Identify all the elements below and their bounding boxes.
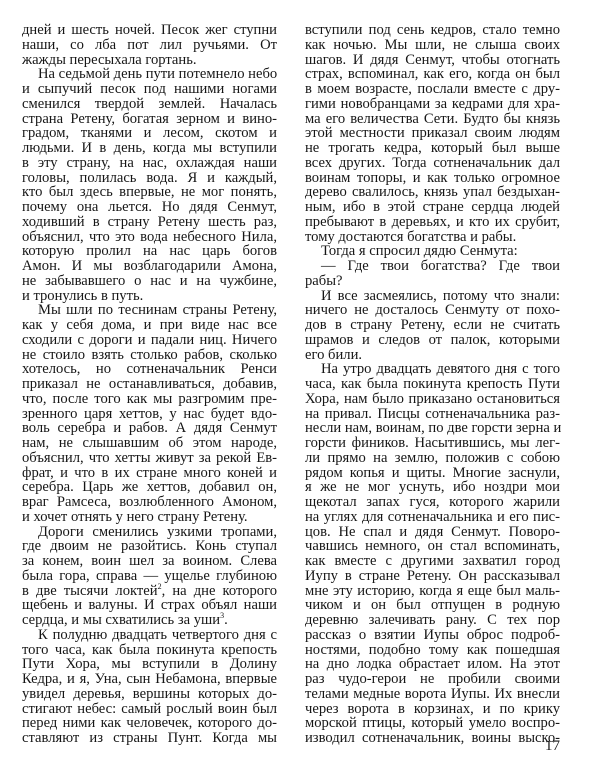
line-text: цов. Не спал и дядя Сенмут. Поворо- [305,524,560,540]
line-text: воинам топоры, и как только огромное [305,170,560,186]
text-line: стигают небес: самый рослый воин был [22,702,277,717]
line-text: мне эту историю, когда я еще был маль- [305,583,560,599]
line-text: И все засмеялись, потому что знали: [321,288,560,304]
line-text: в две тысячи локтей [22,583,158,599]
text-line: сменился твердой землей. Началась [22,97,277,112]
text-line: объяснил, что это вода небесного Нила, [22,230,277,245]
line-text: гими новобранцами за кедрами для хра- [305,96,560,112]
line-text: всех других. Тогда сотненачальник дал [305,155,560,171]
line-text: не забывавшего о нас и на чужбине, [22,273,277,289]
line-text: как ночью. Мы шли, не слыша своих [305,37,560,53]
text-line: не стоило взять столько рабов, сколько [22,348,277,363]
line-text: головы, полилась вода. Я и каждый, [22,170,277,186]
line-text: дней и шесть ночей. Песок жег ступни [22,22,277,38]
text-line: часа, как была покинута крепость Пути [305,377,560,392]
line-text: и сыпучий песок под нашими ногами [22,81,277,97]
line-text: сердца, и мы схватились за уши [22,612,220,628]
line-text: на привал. Писцы сотненачальника раз- [305,406,560,422]
text-line: Иупу в стране Ретену. Он рассказывал [305,569,560,584]
line-text: что, после того как мы разгромим пре- [22,391,277,407]
text-line: за конем, воин шел за воином. Слева [22,554,277,569]
line-text: Хора, нам было приказано остановиться [305,391,560,407]
line-text: его били. [305,347,362,363]
text-line: которую пролил на нас царь богов [22,244,277,259]
line-text: в моем возрасте, послали вместе с дру- [305,81,560,97]
text-line: Амон. И мы возблагодарили Амона, [22,259,277,274]
text-line: ничего не досталось Сенмуту от похо- [305,303,560,318]
line-text: была гора, справа — ущелье глубиною [22,568,277,584]
text-line: Дороги сменились узкими тропами, [22,525,277,540]
line-text: за конем, воин шел за воином. Слева [22,553,277,569]
text-line: морской птицы, который умело воспро- [305,716,560,731]
line-text: того часа, как была покинута крепость [22,642,277,658]
line-text: деревню залечивать рану. С тех пор [305,612,560,628]
line-text: страна Ретену, богатая зерном и вино- [22,111,277,127]
line-text: градом, тканями и лесом, скотом и [22,125,277,141]
text-line: чиком и он был отпущен в родную [305,598,560,613]
line-text: ходивший в страну Ретену шесть раз, [22,214,277,230]
text-line: воинам топоры, и как только огромное [305,171,560,186]
text-line: почему она льется. Но дядя Сенмут, [22,200,277,215]
text-column-left: дней и шесть ночей. Песок жег ступнинаши… [22,23,277,746]
text-line: рабы? [305,274,560,289]
text-line: щекотал запах гуся, которого жарили [305,495,560,510]
line-text: На утро двадцать девятого дня с того [321,361,560,377]
text-line: в моем возрасте, послали вместе с дру- [305,82,560,97]
text-line: в две тысячи локтей2, на дне которого [22,584,277,599]
line-text: серебра. Царь же хеттов, добавил он, [22,479,277,495]
line-text: этой местности приказал своим людям [305,125,560,141]
line-text: Дороги сменились узкими тропами, [38,524,277,540]
text-line: в эту страну, на нас, охлаждая наши [22,156,277,171]
text-line: этой местности приказал своим людям [305,126,560,141]
line-text: почему она льется. Но дядя Сенмут, [22,199,277,215]
text-line: его били. [305,348,560,363]
text-line: пребывают в деревьях, и кто их срубит, [305,215,560,230]
text-line: увидел деревья, вершины которых до- [22,687,277,702]
text-line: воль серебра и рабов. А дядя Сенмут [22,421,277,436]
text-line: жажды пересыхала гортань. [22,53,277,68]
text-line: цов. Не спал и дядя Сенмут. Поворо- [305,525,560,540]
text-line: не трогать кедра, который был выше [305,141,560,156]
text-line: наши, со лба пот лил ручьями. От [22,38,277,53]
line-text: рассказ о взятии Иупы оброс подроб- [305,627,560,643]
line-text: не стоило взять столько рабов, сколько [22,347,277,363]
line-text: рабы? [305,273,342,289]
text-line: сердца, и мы схватились за уши3. [22,613,277,628]
line-text: Тогда я спросил дядю Сенмута: [321,243,518,259]
line-text: враг Рамсеса, возлюбленного Амоном, [22,494,277,510]
text-line: через ворота в корзинах, и по крику [305,702,560,717]
line-text: не трогать кедра, который был выше [305,140,560,156]
line-text: на дно лодка обрастает илом. На этот [305,656,560,672]
line-text: ма его величества Сети. Будто бы князь [305,111,560,127]
page-number: 17 [540,738,560,755]
text-line: объяснил, что хетты живут за рекой Ев- [22,451,277,466]
text-line: дов в страну Ретену, если не считать [305,318,560,333]
line-text: где двоим не разойтись. Конь ступал [22,538,277,554]
line-text: рядом копья и щиты. Многие заснули, [305,465,560,481]
line-text: вступили под сень кедров, стало темно [305,22,560,38]
line-text: чавшись немного, он стал вспоминать, [305,538,560,554]
line-text: Амон. И мы возблагодарили Амона, [22,258,277,274]
line-text: приказал не останавливаться, добавив, [22,376,277,392]
text-line: изводил сотненачальник, воины выско- [305,731,560,746]
text-line: где двоим не разойтись. Конь ступал [22,539,277,554]
text-line: сходили с дороги и падали ниц. Ничего [22,333,277,348]
line-text: раз чудо-герои не пробили своими [305,671,560,687]
text-line: деревню залечивать рану. С тех пор [305,613,560,628]
line-text: которую пролил на нас царь богов [22,243,277,259]
text-line: что, после того как мы разгромим пре- [22,392,277,407]
text-line: дерево свалилось, князь упал бездыхан- [305,185,560,200]
text-line: головы, полилась вода. Я и каждый, [22,171,277,186]
text-line: была гора, справа — ущелье глубиною [22,569,277,584]
line-text: как вместе с другими захватил город [305,553,560,569]
line-text: стигают небес: самый рослый воин был [22,701,277,717]
line-text: увидел деревья, вершины которых до- [22,686,277,702]
text-line: хотелось, но сотненачальник Ренси [22,362,277,377]
text-line: людьми. И в день, когда мы вступили [22,141,277,156]
line-text: жажды пересыхала гортань. [22,52,197,68]
text-column-right: вступили под сень кедров, стало темнокак… [305,23,560,746]
line-text: телами медные ворота Иупы. Их внесли [305,686,560,702]
line-text: часа, как была покинута крепость Пути [305,376,560,392]
text-line: телами медные ворота Иупы. Их внесли [305,687,560,702]
text-line: на дно лодка обрастает илом. На этот [305,657,560,672]
line-text: и хочет отнять у него страну Ретену. [22,509,248,525]
line-text: на углях для сотненачальника и его пис- [305,509,560,525]
line-text: чиком и он был отпущен в родную [305,597,560,613]
text-line: на привал. Писцы сотненачальника раз- [305,407,560,422]
text-line: фрат, и что в их стране много коней и [22,466,277,481]
line-text: На седьмой день пути потемнело небо [38,66,277,82]
book-page: дней и шесть ночей. Песок жег ступнинаши… [0,0,600,782]
line-text: Иупу в стране Ретену. Он рассказывал [305,568,560,584]
text-line: серебра. Царь же хеттов, добавил он, [22,480,277,495]
text-line: Мы шли по теснинам страны Ретену, [22,303,277,318]
line-text: дов в страну Ретену, если не считать [305,317,560,333]
text-line: шрамов и следов от палок, которыми [305,333,560,348]
text-line: Тогда я спросил дядю Сенмута: [305,244,560,259]
line-text: наши, со лба пот лил ручьями. От [22,37,277,53]
line-text: зренного царя хеттов, у нас будет вдо- [22,406,277,422]
text-line: чавшись немного, он стал вспоминать, [305,539,560,554]
line-text: щебень и валуны. И страх объял наши [22,597,277,613]
text-line: как у себя дома, и при виде нас все [22,318,277,333]
text-line: зренного царя хеттов, у нас будет вдо- [22,407,277,422]
line-text: людьми. И в день, когда мы вступили [22,140,277,156]
text-line: горсти фиников. Насытившись, мы лег- [305,436,560,451]
line-text: изводил сотненачальник, воины выско- [305,730,560,746]
text-line: ставляют из страны Пунт. Когда мы [22,731,277,746]
text-line: и сыпучий песок под нашими ногами [22,82,277,97]
text-line: страна Ретену, богатая зерном и вино- [22,112,277,127]
line-text: дерево свалилось, князь упал бездыхан- [305,184,560,200]
text-line: ма его величества Сети. Будто бы князь [305,112,560,127]
text-line: ходивший в страну Ретену шесть раз, [22,215,277,230]
line-text: шагов. И дядя Сенмут, чтобы отогнать [305,52,560,68]
text-line: Пути Хора, мы вступили в Долину [22,657,277,672]
text-line: как вместе с другими захватил город [305,554,560,569]
text-line: приказал не останавливаться, добавив, [22,377,277,392]
text-line: тому достаются богатства и рабы. [305,230,560,245]
text-line: не забывавшего о нас и на чужбине, [22,274,277,289]
text-line: рядом копья и щиты. Многие заснули, [305,466,560,481]
text-line: всех других. Тогда сотненачальник дал [305,156,560,171]
text-line: К полудню двадцать четвертого дня с [22,628,277,643]
line-text: кто был здесь впервые, не мог понять, [22,184,277,200]
line-text: морской птицы, который умело воспро- [305,715,560,731]
text-line: страх, вспоминал, как его, когда он был [305,67,560,82]
text-line: рассказ о взятии Иупы оброс подроб- [305,628,560,643]
line-text: нам, не слышавшим об этом народе, [22,435,277,451]
text-line: ным, ибо в этой стране сердца людей [305,200,560,215]
line-text: ностями, подобно тому как пошедшая [305,642,560,658]
text-line: дней и шесть ночей. Песок жег ступни [22,23,277,38]
text-line: Хора, нам было приказано остановиться [305,392,560,407]
text-line: щебень и валуны. И страх объял наши [22,598,277,613]
line-text: несли нам, воинам, по две горсти зерна и [305,420,561,436]
text-line: несли нам, воинам, по две горсти зерна и [305,421,560,436]
text-line: и тронулись в путь. [22,289,277,304]
line-text: шрамов и следов от палок, которыми [305,332,560,348]
text-line: перед ними как человечек, которого до- [22,716,277,731]
text-line: и хочет отнять у него страну Ретену. [22,510,277,525]
text-line: раз чудо-герои не пробили своими [305,672,560,687]
line-text: воль серебра и рабов. А дядя Сенмут [22,420,277,436]
text-line: — Где твои богатства? Где твои [305,259,560,274]
line-text: фрат, и что в их стране много коней и [22,465,277,481]
text-line: враг Рамсеса, возлюбленного Амоном, [22,495,277,510]
line-text: объяснил, что это вода небесного Нила, [22,229,277,245]
line-text: в эту страну, на нас, охлаждая наши [22,155,277,171]
line-text: сходили с дороги и падали ниц. Ничего [22,332,277,348]
line-text: ничего не досталось Сенмуту от похо- [305,302,560,318]
line-text: объяснил, что хетты живут за рекой Ев- [22,450,277,466]
text-line: На седьмой день пути потемнело небо [22,67,277,82]
line-text-continued: . [224,612,228,628]
line-text: через ворота в корзинах, и по крику [305,701,560,717]
line-text: тому достаются богатства и рабы. [305,229,516,245]
text-line: На утро двадцать девятого дня с того [305,362,560,377]
text-line: градом, тканями и лесом, скотом и [22,126,277,141]
line-text: ставляют из страны Пунт. Когда мы [22,730,277,746]
text-line: Кедра, и я, Уна, сын Небамона, впервые [22,672,277,687]
line-text-continued: , на дне которого [162,583,277,599]
line-text: ным, ибо в этой стране сердца людей [305,199,560,215]
line-text: как у себя дома, и при виде нас все [22,317,277,333]
text-line: шагов. И дядя Сенмут, чтобы отогнать [305,53,560,68]
line-text: Пути Хора, мы вступили в Долину [22,656,277,672]
text-line: нам, не слышавшим об этом народе, [22,436,277,451]
line-text: ли прямо на землю, положив с собою [305,450,560,466]
text-line: кто был здесь впервые, не мог понять, [22,185,277,200]
line-text: и тронулись в путь. [22,288,143,304]
line-text: Мы шли по теснинам страны Ретену, [38,302,277,318]
text-line: на углях для сотненачальника и его пис- [305,510,560,525]
text-line: я же не мог уснуть, ибо ноздри мои [305,480,560,495]
line-text: хотелось, но сотненачальник Ренси [22,361,277,377]
text-line: И все засмеялись, потому что знали: [305,289,560,304]
line-text: пребывают в деревьях, и кто их срубит, [305,214,560,230]
line-text: перед ними как человечек, которого до- [22,715,277,731]
line-text: К полудню двадцать четвертого дня с [38,627,277,643]
line-text: щекотал запах гуся, которого жарили [305,494,560,510]
text-line: того часа, как была покинута крепость [22,643,277,658]
text-line: как ночью. Мы шли, не слыша своих [305,38,560,53]
line-text: Кедра, и я, Уна, сын Небамона, впервые [22,671,277,687]
text-line: мне эту историю, когда я еще был маль- [305,584,560,599]
text-line: ностями, подобно тому как пошедшая [305,643,560,658]
line-text: — Где твои богатства? Где твои [321,258,560,274]
line-text: горсти фиников. Насытившись, мы лег- [305,435,560,451]
text-line: ли прямо на землю, положив с собою [305,451,560,466]
line-text: я же не мог уснуть, ибо ноздри мои [305,479,560,495]
text-line: гими новобранцами за кедрами для хра- [305,97,560,112]
text-line: вступили под сень кедров, стало темно [305,23,560,38]
line-text: страх, вспоминал, как его, когда он был [305,66,560,82]
line-text: сменился твердой землей. Началась [22,96,277,112]
